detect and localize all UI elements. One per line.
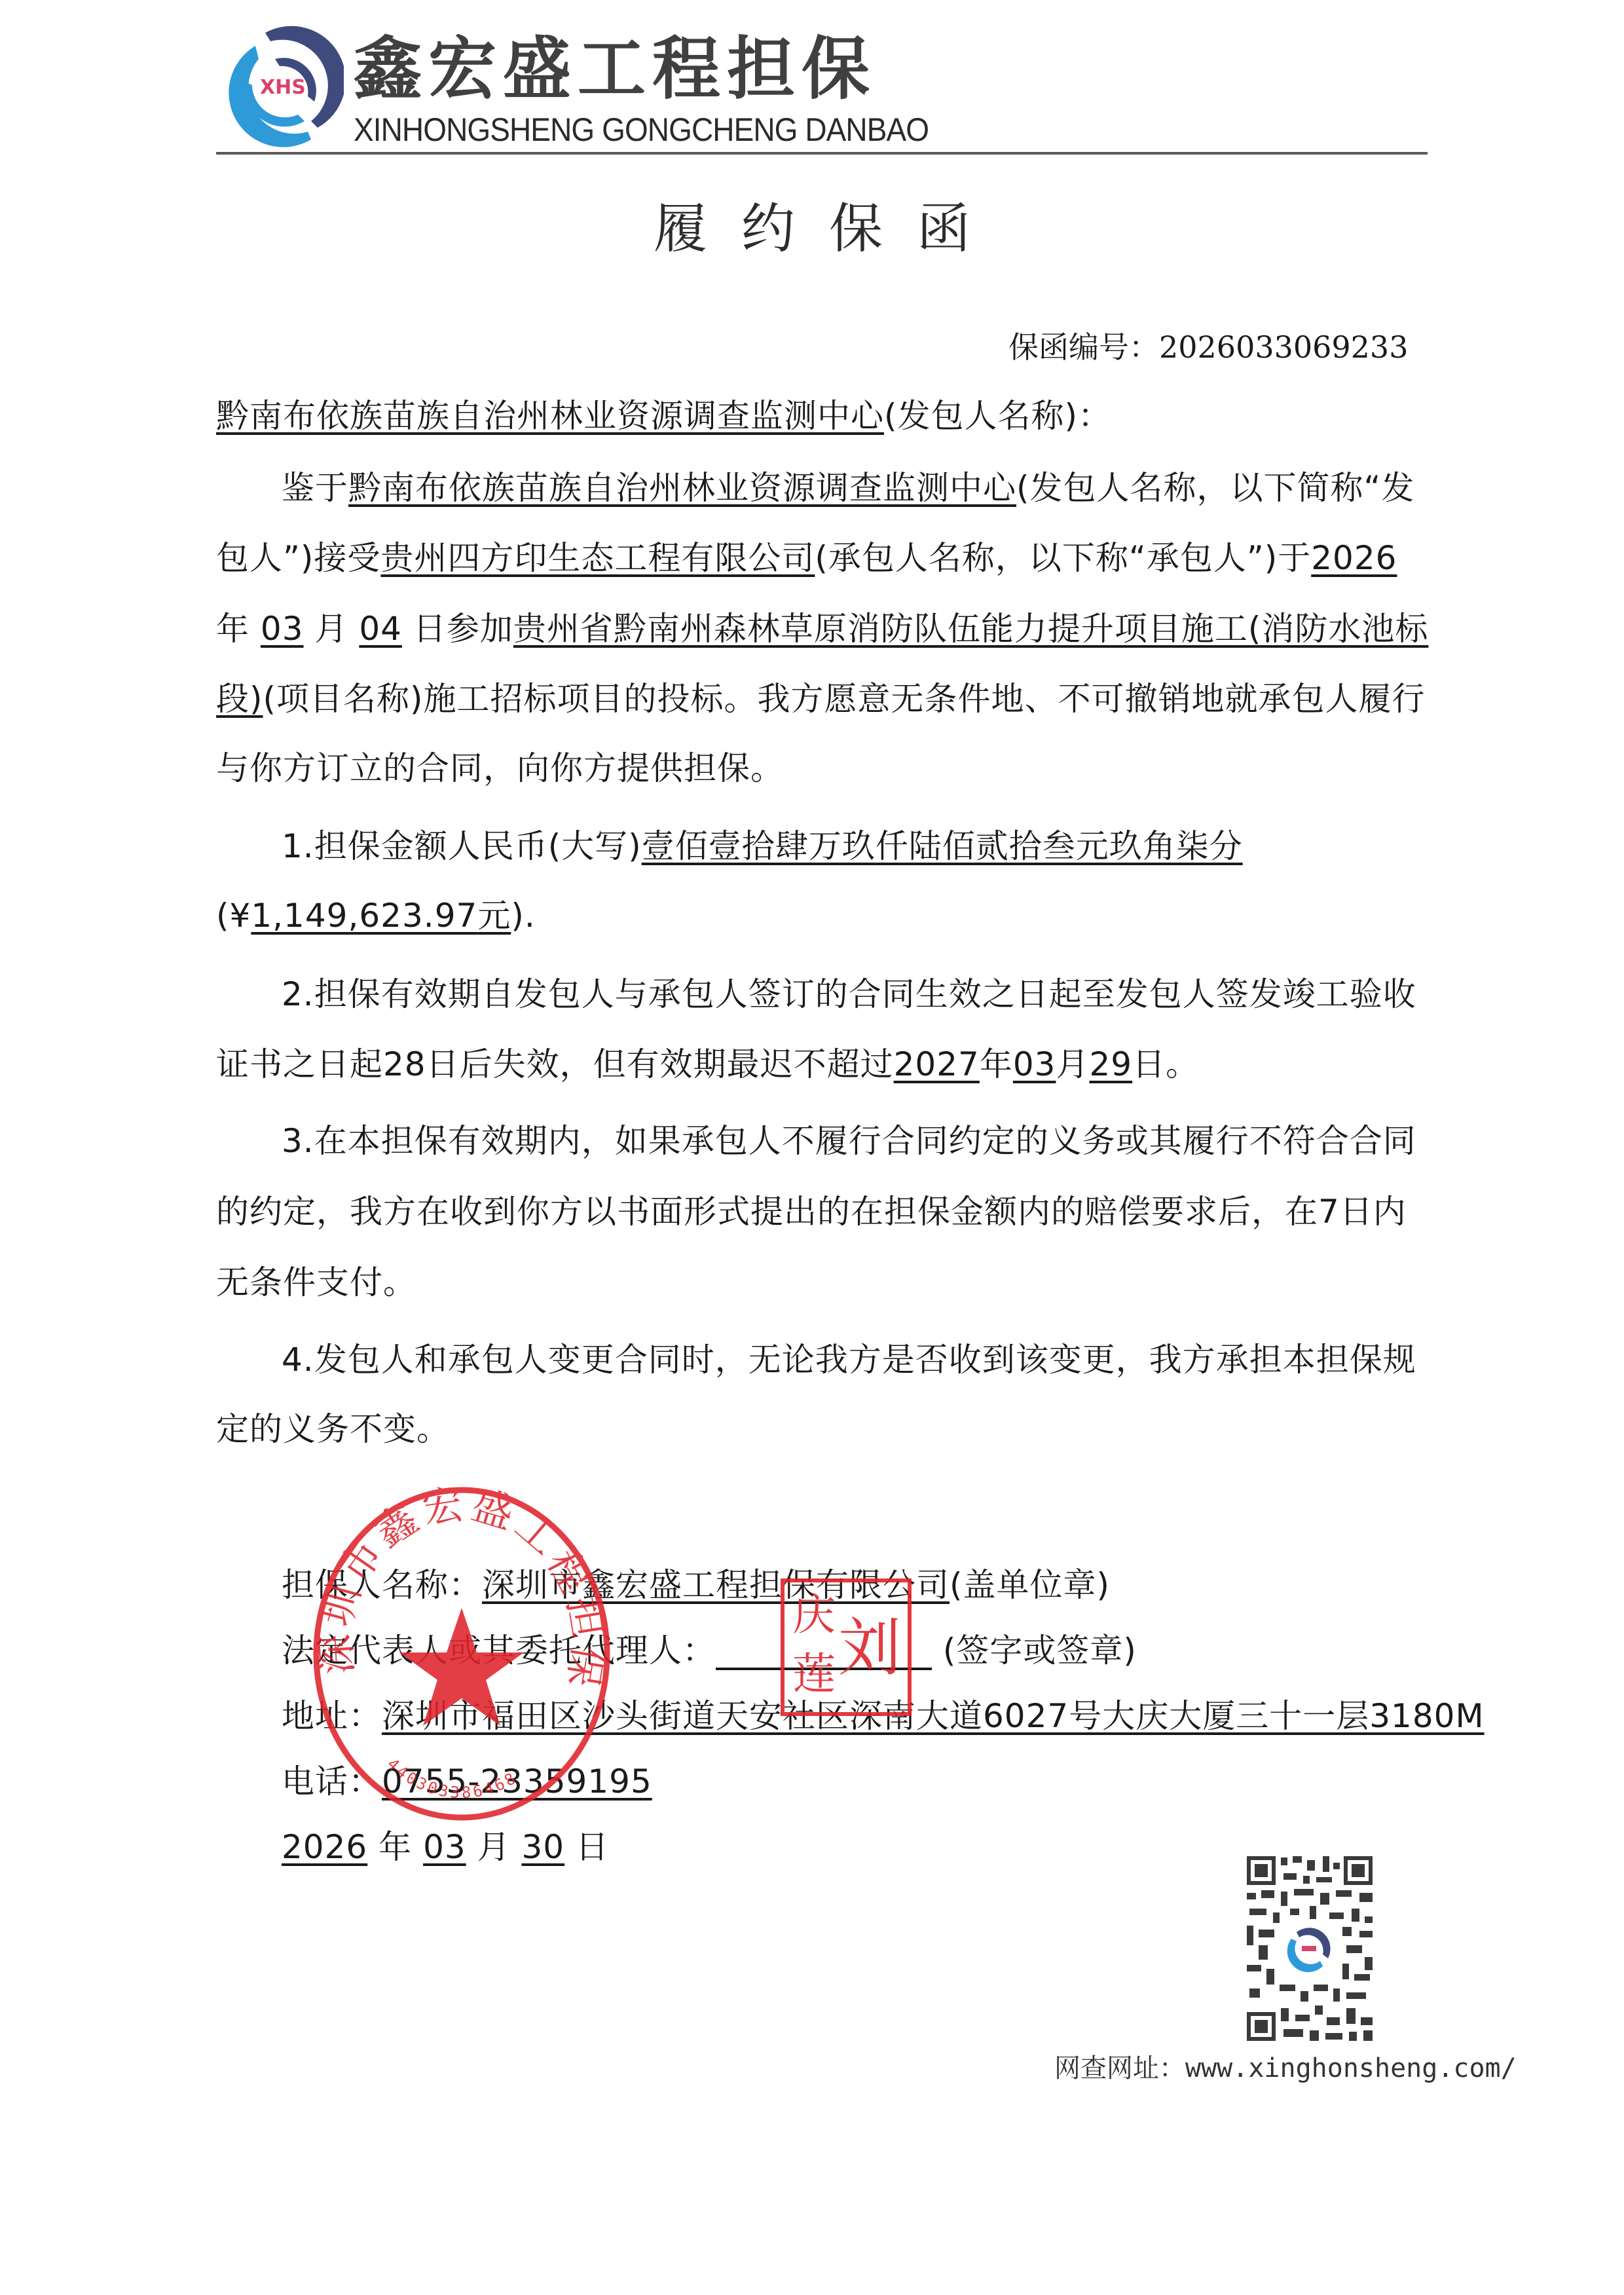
qr-code-icon [1244, 1854, 1375, 2043]
brand-name-cn: 鑫宏盛工程担保 [354, 26, 876, 111]
amount-number: 1,149,623.97 [251, 897, 477, 935]
addressee-line: 黔南布依族苗族自治州林业资源调查监测中心(发包人名称)： [216, 396, 1428, 436]
expiry-day: 29 [1090, 1045, 1133, 1083]
bid-year: 2026 [1311, 539, 1397, 577]
day-unit: 日参加 [413, 610, 513, 648]
representative-note: (签字或签章) [943, 1632, 1137, 1670]
seal-char-2: 刘 [838, 1609, 901, 1687]
intro-l2-prefix: 包人”)接受 [216, 539, 380, 577]
amount-open: (¥ [216, 897, 251, 935]
clause-2-line-2: 证书之日起28日后失效，但有效期最迟不超过2027年03月29日。 [216, 1045, 1428, 1084]
verification-website: 网查网址：www.xinghonsheng.com/ [1054, 2050, 1517, 2087]
contractor-name: 贵州四方印生态工程有限公司 [380, 539, 815, 577]
clause-1-line-1: 1.担保金额人民币(大写)壹佰壹拾肆万玖仟陆佰贰拾叁元玖角柒分 [282, 827, 1428, 866]
issue-year: 2026 [282, 1828, 367, 1866]
intro-line-2: 包人”)接受贵州四方印生态工程有限公司(承包人名称，以下称“承包人”)于2026 [216, 538, 1428, 578]
star-icon [399, 1608, 524, 1726]
company-logo: XHS [219, 23, 344, 147]
employer-name: 黔南布依族苗族自治州林业资源调查监测中心 [348, 469, 1016, 507]
expiry-year-unit: 年 [980, 1045, 1013, 1083]
intro-line-1: 鉴于黔南布依族苗族自治州林业资源调查监测中心(发包人名称，以下简称“发 [282, 468, 1428, 508]
bid-day: 04 [359, 610, 402, 648]
clause-2-prefix: 证书之日起28日后失效，但有效期最迟不超过 [216, 1045, 894, 1083]
addressee-name: 黔南布依族苗族自治州林业资源调查监测中心 [216, 397, 884, 435]
svg-text:440303386468: 440303386468 [384, 1755, 521, 1802]
header-divider [216, 152, 1428, 155]
clause-3-line-3: 无条件支付。 [216, 1263, 1428, 1302]
qr-code[interactable] [1244, 1854, 1375, 2050]
guarantee-number-value: 2026033069233 [1159, 329, 1408, 365]
intro-suffix: (发包人名称，以下简称“发 [1016, 469, 1414, 507]
intro-line-3: 年 03 月 04 日参加贵州省黔南州森林草原消防队伍能力提升项目施工(消防水池… [216, 609, 1428, 648]
website-link[interactable]: www.xinghonsheng.com/ [1185, 2053, 1517, 2083]
seal-char-1: 庆 [792, 1589, 836, 1641]
clause-1-line-2: (¥1,149,623.97元). [216, 896, 1428, 935]
intro-prefix: 鉴于 [282, 469, 348, 507]
addressee-suffix: (发包人名称)： [884, 397, 1111, 435]
svg-text:XHS: XHS [260, 76, 306, 99]
intro-line-5: 与你方订立的合同，向你方提供担保。 [216, 749, 1428, 788]
seal-number: 440303386468 [384, 1755, 521, 1802]
project-name-part2: 段) [216, 680, 263, 718]
intro-l4-suffix: (项目名称)施工招标项目的投标。我方愿意无条件地、不可撤销地就承包人履行 [263, 680, 1426, 718]
issue-month-unit: 月 [477, 1828, 511, 1866]
intro-line-4: 段)(项目名称)施工招标项目的投标。我方愿意无条件地、不可撤销地就承包人履行 [216, 679, 1428, 718]
expiry-day-unit: 日。 [1132, 1045, 1199, 1083]
month-unit: 月 [314, 610, 348, 648]
year-unit: 年 [216, 610, 249, 648]
guarantee-number: 保函编号：2026033069233 [1008, 327, 1408, 367]
clause-1-prefix: 1.担保金额人民币(大写) [282, 827, 642, 865]
intro-l2-mid: (承包人名称，以下称“承包人”)于 [815, 539, 1311, 577]
document-title: 履约保函 [0, 193, 1624, 265]
website-label: 网查网址： [1054, 2053, 1185, 2083]
project-name-part1: 贵州省黔南州森林草原消防队伍能力提升项目施工(消防水池标 [513, 610, 1429, 648]
personal-seal: 庆 刘 莲 [781, 1578, 912, 1716]
expiry-month: 03 [1013, 1045, 1056, 1083]
issue-month: 03 [423, 1828, 466, 1866]
amount-in-words: 壹佰壹拾肆万玖仟陆佰贰拾叁元玖角柒分 [642, 827, 1243, 865]
clause-3-line-1: 3.在本担保有效期内，如果承包人不履行合同约定的义务或其履行不符合合同 [282, 1121, 1493, 1161]
brand-name-en: XINHONGSHENG GONGCHENG DANBAO [354, 110, 929, 149]
bid-month: 03 [261, 610, 304, 648]
clause-4-line-1: 4.发包人和承包人变更合同时，无论我方是否收到该变更，我方承担本担保规 [282, 1340, 1493, 1379]
expiry-month-unit: 月 [1056, 1045, 1090, 1083]
issue-day-unit: 日 [576, 1828, 609, 1866]
clause-4-line-2: 定的义务不变。 [216, 1409, 1428, 1449]
xhs-logo-icon: XHS [219, 23, 344, 147]
seal-char-3: 莲 [792, 1648, 836, 1700]
guarantee-number-label: 保函编号： [1008, 329, 1159, 365]
amount-unit: 元 [477, 897, 511, 935]
issue-year-unit: 年 [378, 1828, 412, 1866]
expiry-year: 2027 [894, 1045, 980, 1083]
guarantor-note: (盖单位章) [950, 1566, 1110, 1604]
clause-2-line-1: 2.担保有效期自发包人与承包人签订的合同生效之日起至发包人签发竣工验收 [282, 975, 1493, 1014]
company-seal: 深圳市鑫宏盛工程担保有限公司 440303386468 [308, 1483, 616, 1824]
issue-day: 30 [522, 1828, 565, 1866]
amount-close: ). [511, 897, 535, 935]
clause-3-line-2: 的约定，我方在收到你方以书面形式提出的在担保金额内的赔偿要求后，在7日内 [216, 1192, 1428, 1231]
